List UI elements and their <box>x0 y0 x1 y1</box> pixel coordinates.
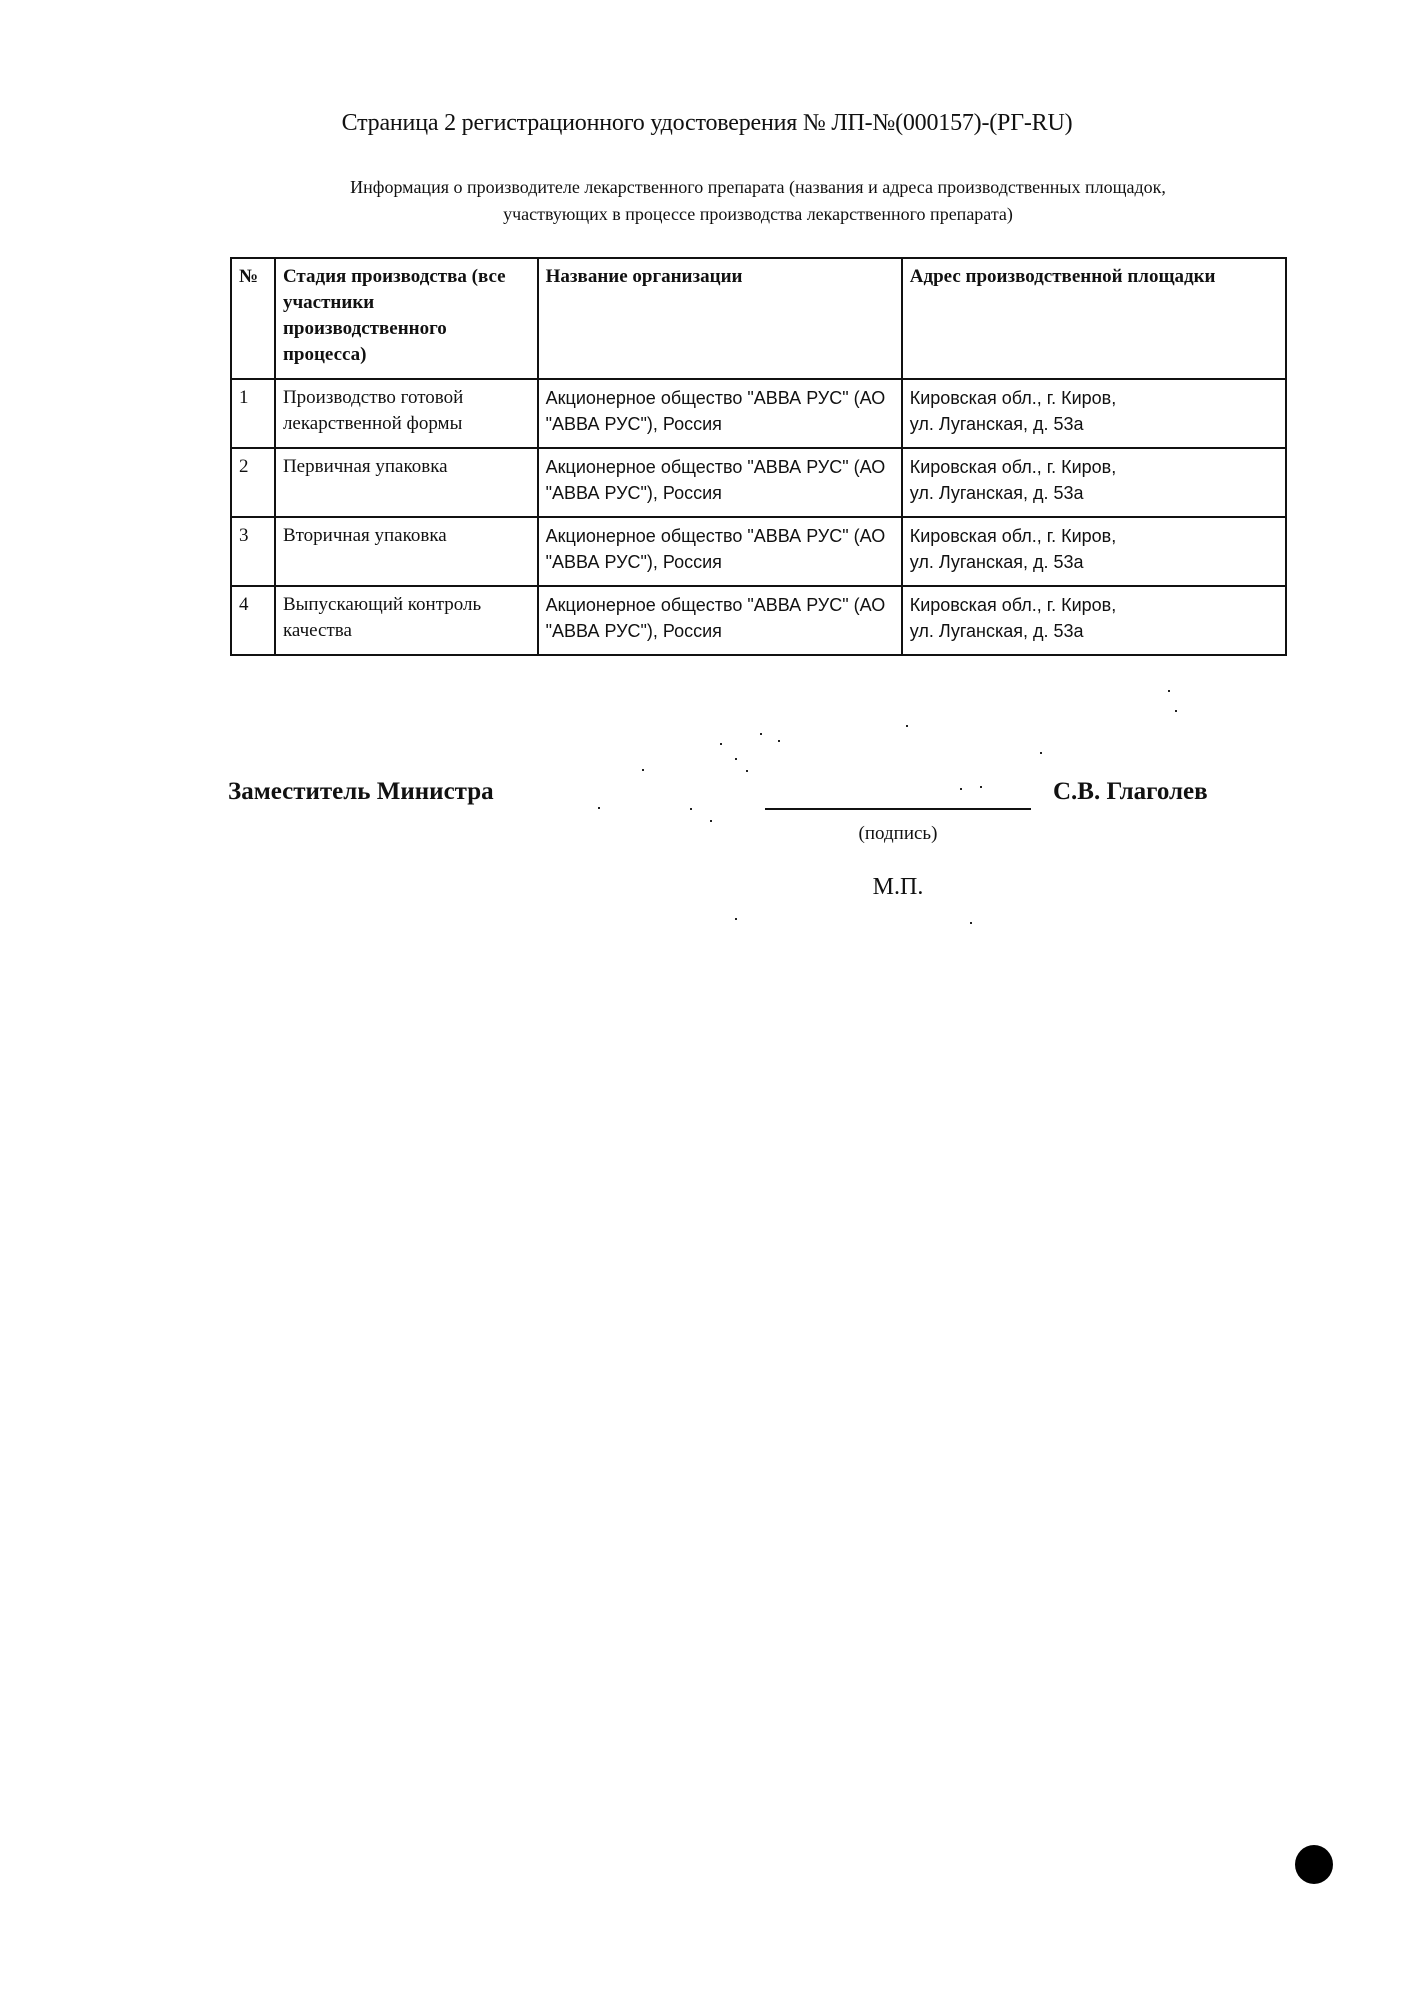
row-stage: Вторичная упаковка <box>275 517 538 586</box>
header-organization: Название организации <box>538 258 902 379</box>
address-line-1: Кировская обл., г. Киров, <box>910 385 1279 411</box>
address-line-2: ул. Луганская, д. 53а <box>910 411 1279 437</box>
signature-caption: (подпись) <box>820 823 976 845</box>
row-address: Кировская обл., г. Киров, ул. Луганская,… <box>902 586 1286 655</box>
row-address: Кировская обл., г. Киров, ул. Луганская,… <box>902 448 1286 517</box>
row-num: 4 <box>231 586 275 655</box>
corner-mark-dot <box>1295 1845 1333 1884</box>
signatory-role: Заместитель Министра <box>228 778 494 806</box>
row-num: 2 <box>231 448 275 517</box>
stamp-placeholder: М.П. <box>820 874 976 901</box>
table-row: 4 Выпускающий контроль качества Акционер… <box>231 586 1286 655</box>
header-address: Адрес производственной площадки <box>902 258 1286 379</box>
address-line-2: ул. Луганская, д. 53а <box>910 480 1279 506</box>
address-line-1: Кировская обл., г. Киров, <box>910 523 1279 549</box>
row-num: 1 <box>231 379 275 448</box>
table-row: 1 Производство готовой лекарственной фор… <box>231 379 1286 448</box>
row-address: Кировская обл., г. Киров, ул. Луганская,… <box>902 517 1286 586</box>
header-num: № <box>231 258 275 379</box>
row-num: 3 <box>231 517 275 586</box>
signatory-name: С.В. Глаголев <box>1053 778 1208 806</box>
table-row: 3 Вторичная упаковка Акционерное обществ… <box>231 517 1286 586</box>
document-subtitle: Информация о производителе лекарственног… <box>230 174 1286 228</box>
table-row: 2 Первичная упаковка Акционерное обществ… <box>231 448 1286 517</box>
header-stage: Стадия производства (все участники произ… <box>275 258 538 379</box>
row-organization: Акционерное общество "АВВА РУС" (АО "АВВ… <box>538 379 902 448</box>
row-stage: Первичная упаковка <box>275 448 538 517</box>
row-organization: Акционерное общество "АВВА РУС" (АО "АВВ… <box>538 586 902 655</box>
table-header-row: № Стадия производства (все участники про… <box>231 258 1286 379</box>
row-organization: Акционерное общество "АВВА РУС" (АО "АВВ… <box>538 448 902 517</box>
document-title: Страница 2 регистрационного удостоверени… <box>0 110 1414 137</box>
address-line-1: Кировская обл., г. Киров, <box>910 592 1279 618</box>
address-line-2: ул. Луганская, д. 53а <box>910 618 1279 644</box>
row-address: Кировская обл., г. Киров, ул. Луганская,… <box>902 379 1286 448</box>
manufacturer-table: № Стадия производства (все участники про… <box>230 257 1287 656</box>
address-line-1: Кировская обл., г. Киров, <box>910 454 1279 480</box>
signature-line <box>765 808 1031 810</box>
subtitle-line-2: участвующих в процессе производства лека… <box>230 201 1286 228</box>
row-stage: Производство готовой лекарственной формы <box>275 379 538 448</box>
row-organization: Акционерное общество "АВВА РУС" (АО "АВВ… <box>538 517 902 586</box>
row-stage: Выпускающий контроль качества <box>275 586 538 655</box>
address-line-2: ул. Луганская, д. 53а <box>910 549 1279 575</box>
subtitle-line-1: Информация о производителе лекарственног… <box>230 174 1286 201</box>
